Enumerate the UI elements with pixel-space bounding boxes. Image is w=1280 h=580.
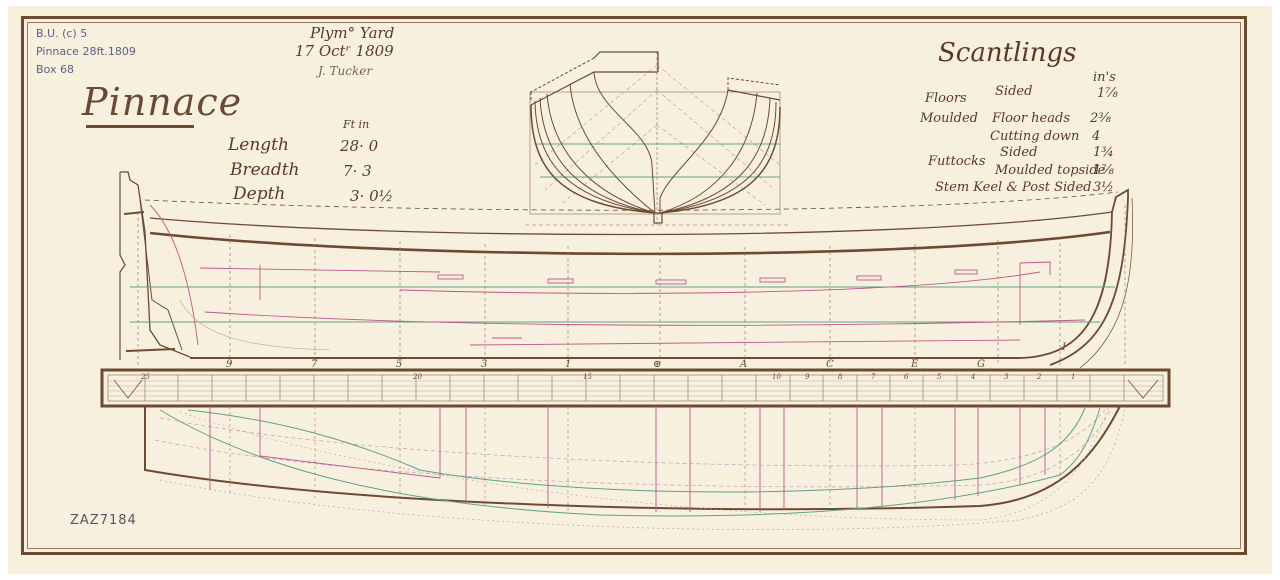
dimension-value-length: 28· 0 <box>340 137 378 155</box>
scale-number: 25 <box>141 373 150 381</box>
scantling-value-floor-sided: 1⁷⁄₈ <box>1097 86 1118 101</box>
scale-number: 4 <box>971 373 975 381</box>
archive-mark-box: Box 68 <box>36 63 74 77</box>
body-plan <box>525 52 790 225</box>
yard-note-signature: J. Tucker <box>318 64 372 78</box>
scale-number: 7 <box>871 373 875 381</box>
scantling-label-moulded-topside: Moulded topside <box>995 163 1105 178</box>
station-label: 5 <box>396 359 402 370</box>
scantling-group-moulded: Moulded <box>920 111 978 126</box>
scantling-label-futtock-sided: Sided <box>1000 145 1037 160</box>
half-breadth-plan <box>145 406 1125 530</box>
scale-number: 1 <box>1071 373 1075 381</box>
dimension-value-depth: 3· 0½ <box>350 187 393 205</box>
scantlings-units: in's <box>1093 70 1116 85</box>
dimension-label-length: Length <box>228 135 289 155</box>
station-label-midship: ⊕ <box>653 359 661 370</box>
station-label: 9 <box>226 359 232 370</box>
station-label: G <box>977 359 985 370</box>
scantling-value-floor-heads: 2³⁄₈ <box>1090 111 1111 126</box>
dimension-label-depth: Depth <box>233 184 285 204</box>
catalog-number: ZAZ7184 <box>70 513 137 528</box>
scale-number: 3 <box>1004 373 1008 381</box>
dimension-label-breadth: Breadth <box>230 160 299 180</box>
station-label: I <box>1062 342 1066 353</box>
scale-number: 5 <box>937 373 941 381</box>
scale-number: 6 <box>904 373 908 381</box>
scantling-label-stem-keel-post: Stem Keel & Post Sided <box>935 180 1092 195</box>
scantling-value-futtock-sided: 1¾ <box>1093 145 1114 160</box>
archive-mark-title: Pinnace 28ft.1809 <box>36 45 136 59</box>
scantling-value-moulded-topside: 1⁷⁄₈ <box>1093 163 1114 178</box>
scantling-value-cutting-down: 4 <box>1092 129 1100 144</box>
drawing-title: Pinnace <box>82 80 242 124</box>
station-label: C <box>826 359 834 370</box>
scantling-group-futtocks: Futtocks <box>928 154 986 169</box>
yard-note-place: Plym° Yard <box>310 24 394 42</box>
archive-mark-ref: B.U. (c) 5 <box>36 27 87 41</box>
scale-number: 10 <box>772 373 781 381</box>
scale-number: 9 <box>805 373 809 381</box>
station-label: 3 <box>481 359 487 370</box>
station-label: 7 <box>311 359 317 370</box>
dimensions-units: Ft in <box>343 118 369 131</box>
scantling-label-cutting-down: Cutting down <box>990 129 1079 144</box>
scantling-value-stem-keel-post: 3½ <box>1093 180 1114 195</box>
scale-number: 20 <box>413 373 422 381</box>
scantling-label-floor-sided: Sided <box>995 84 1032 99</box>
station-label: E <box>911 359 918 370</box>
scantling-label-floor-heads: Floor heads <box>992 111 1070 126</box>
yard-note-date: 17 Octʳ 1809 <box>295 42 394 60</box>
dimension-value-breadth: 7· 3 <box>343 162 372 180</box>
station-label: A <box>740 359 747 370</box>
station-label: 1 <box>565 359 571 370</box>
scale-number: 2 <box>1037 373 1041 381</box>
scale-number: 8 <box>838 373 842 381</box>
title-underline <box>86 125 194 128</box>
scantlings-title: Scantlings <box>938 38 1076 68</box>
scantling-group-floors: Floors <box>925 91 967 106</box>
scale-bar <box>102 370 1169 406</box>
scale-number: 15 <box>583 373 592 381</box>
